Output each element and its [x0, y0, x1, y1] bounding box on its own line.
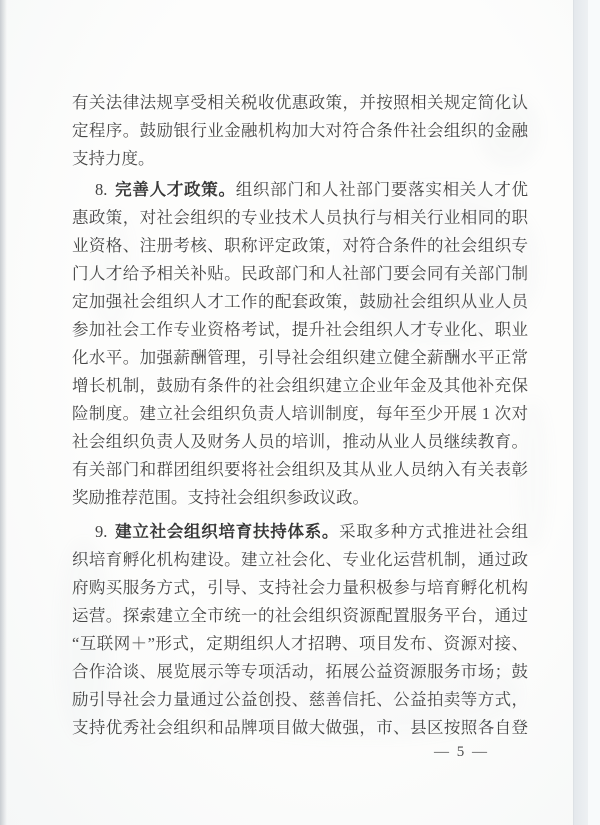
scan-right-margin: [588, 0, 600, 825]
paragraph-9-incubation-system: 9.建立社会组织培育扶持体系。采取多种方式推进社会组 织培育孵化机构建设。建立社…: [72, 518, 528, 742]
paragraph-8-talent-policy: 8.完善人才政策。组织部门和人社部门要落实相关人才优 惠政策，对社会组织的专业技…: [72, 176, 528, 512]
item-number: 9.: [95, 522, 107, 541]
text-line: 合作洽谈、展览展示等专项活动，拓展公益资源服务市场；鼓: [72, 658, 528, 686]
text-line: 化水平。加强薪酬管理，引导社会组织建立健全薪酬水平正常: [72, 344, 528, 372]
text-line: 增长机制，鼓励有条件的社会组织建立企业年金及其他补充保: [72, 372, 528, 400]
text-run: 采取多种方式推进社会组: [339, 522, 528, 541]
item-number: 8.: [95, 180, 107, 199]
text-line: 支持力度。: [72, 145, 528, 173]
text-line: 有关法律法规享受相关税收优惠政策，并按照相关规定简化认: [72, 89, 528, 117]
text-line: 奖励推荐范围。支持社会组织参政议政。: [72, 484, 528, 512]
page-number: — 5 —: [434, 743, 489, 761]
document-body: 有关法律法规享受相关税收优惠政策，并按照相关规定简化认 定程序。鼓励银行业金融机…: [72, 89, 528, 742]
scanned-document-page: 有关法律法规享受相关税收优惠政策，并按照相关规定简化认 定程序。鼓励银行业金融机…: [0, 0, 600, 825]
text-line: 参加社会工作专业资格考试，提升社会组织人才专业化、职业: [72, 316, 528, 344]
item-heading: 完善人才政策。: [114, 180, 235, 199]
text-line: 8.完善人才政策。组织部门和人社部门要落实相关人才优: [72, 176, 528, 204]
text-line: 9.建立社会组织培育扶持体系。采取多种方式推进社会组: [72, 518, 528, 546]
text-line: 惠政策，对社会组织的专业技术人员执行与相关行业相同的职: [72, 204, 528, 232]
text-line: 业资格、注册考核、职称评定政策，对符合条件的社会组织专: [72, 232, 528, 260]
item-heading: 建立社会组织培育扶持体系。: [114, 522, 339, 541]
text-line: 有关部门和群团组织要将社会组织及其从业人员纳入有关表彰: [72, 456, 528, 484]
text-line: 社会组织负责人及财务人员的培训，推动从业人员继续教育。: [72, 428, 528, 456]
text-run: 组织部门和人社部门要落实相关人才优: [236, 180, 528, 199]
paragraph-tax-policy: 有关法律法规享受相关税收优惠政策，并按照相关规定简化认 定程序。鼓励银行业金融机…: [72, 89, 528, 173]
text-line: 运营。探索建立全市统一的社会组织资源配置服务平台，通过: [72, 602, 528, 630]
scan-right-edge: [573, 0, 589, 825]
text-line: 险制度。建立社会组织负责人培训制度，每年至少开展 1 次对: [72, 400, 528, 428]
text-line: 支持优秀社会组织和品牌项目做大做强，市、县区按照各自登: [72, 714, 528, 742]
text-line: 励引导社会力量通过公益创投、慈善信托、公益拍卖等方式，: [72, 686, 528, 714]
text-line: “互联网＋”形式，定期组织人才招聘、项目发布、资源对接、: [72, 630, 528, 658]
text-line: 府购买服务方式，引导、支持社会力量积极参与培育孵化机构: [72, 574, 528, 602]
text-line: 定程序。鼓励银行业金融机构加大对符合条件社会组织的金融: [72, 117, 528, 145]
scan-left-edge: [0, 0, 7, 825]
text-line: 门人才给予相关补贴。民政部门和人社部门要会同有关部门制: [72, 260, 528, 288]
text-line: 定加强社会组织人才工作的配套政策，鼓励社会组织从业人员: [72, 288, 528, 316]
text-line: 织培育孵化机构建设。建立社会化、专业化运营机制，通过政: [72, 546, 528, 574]
